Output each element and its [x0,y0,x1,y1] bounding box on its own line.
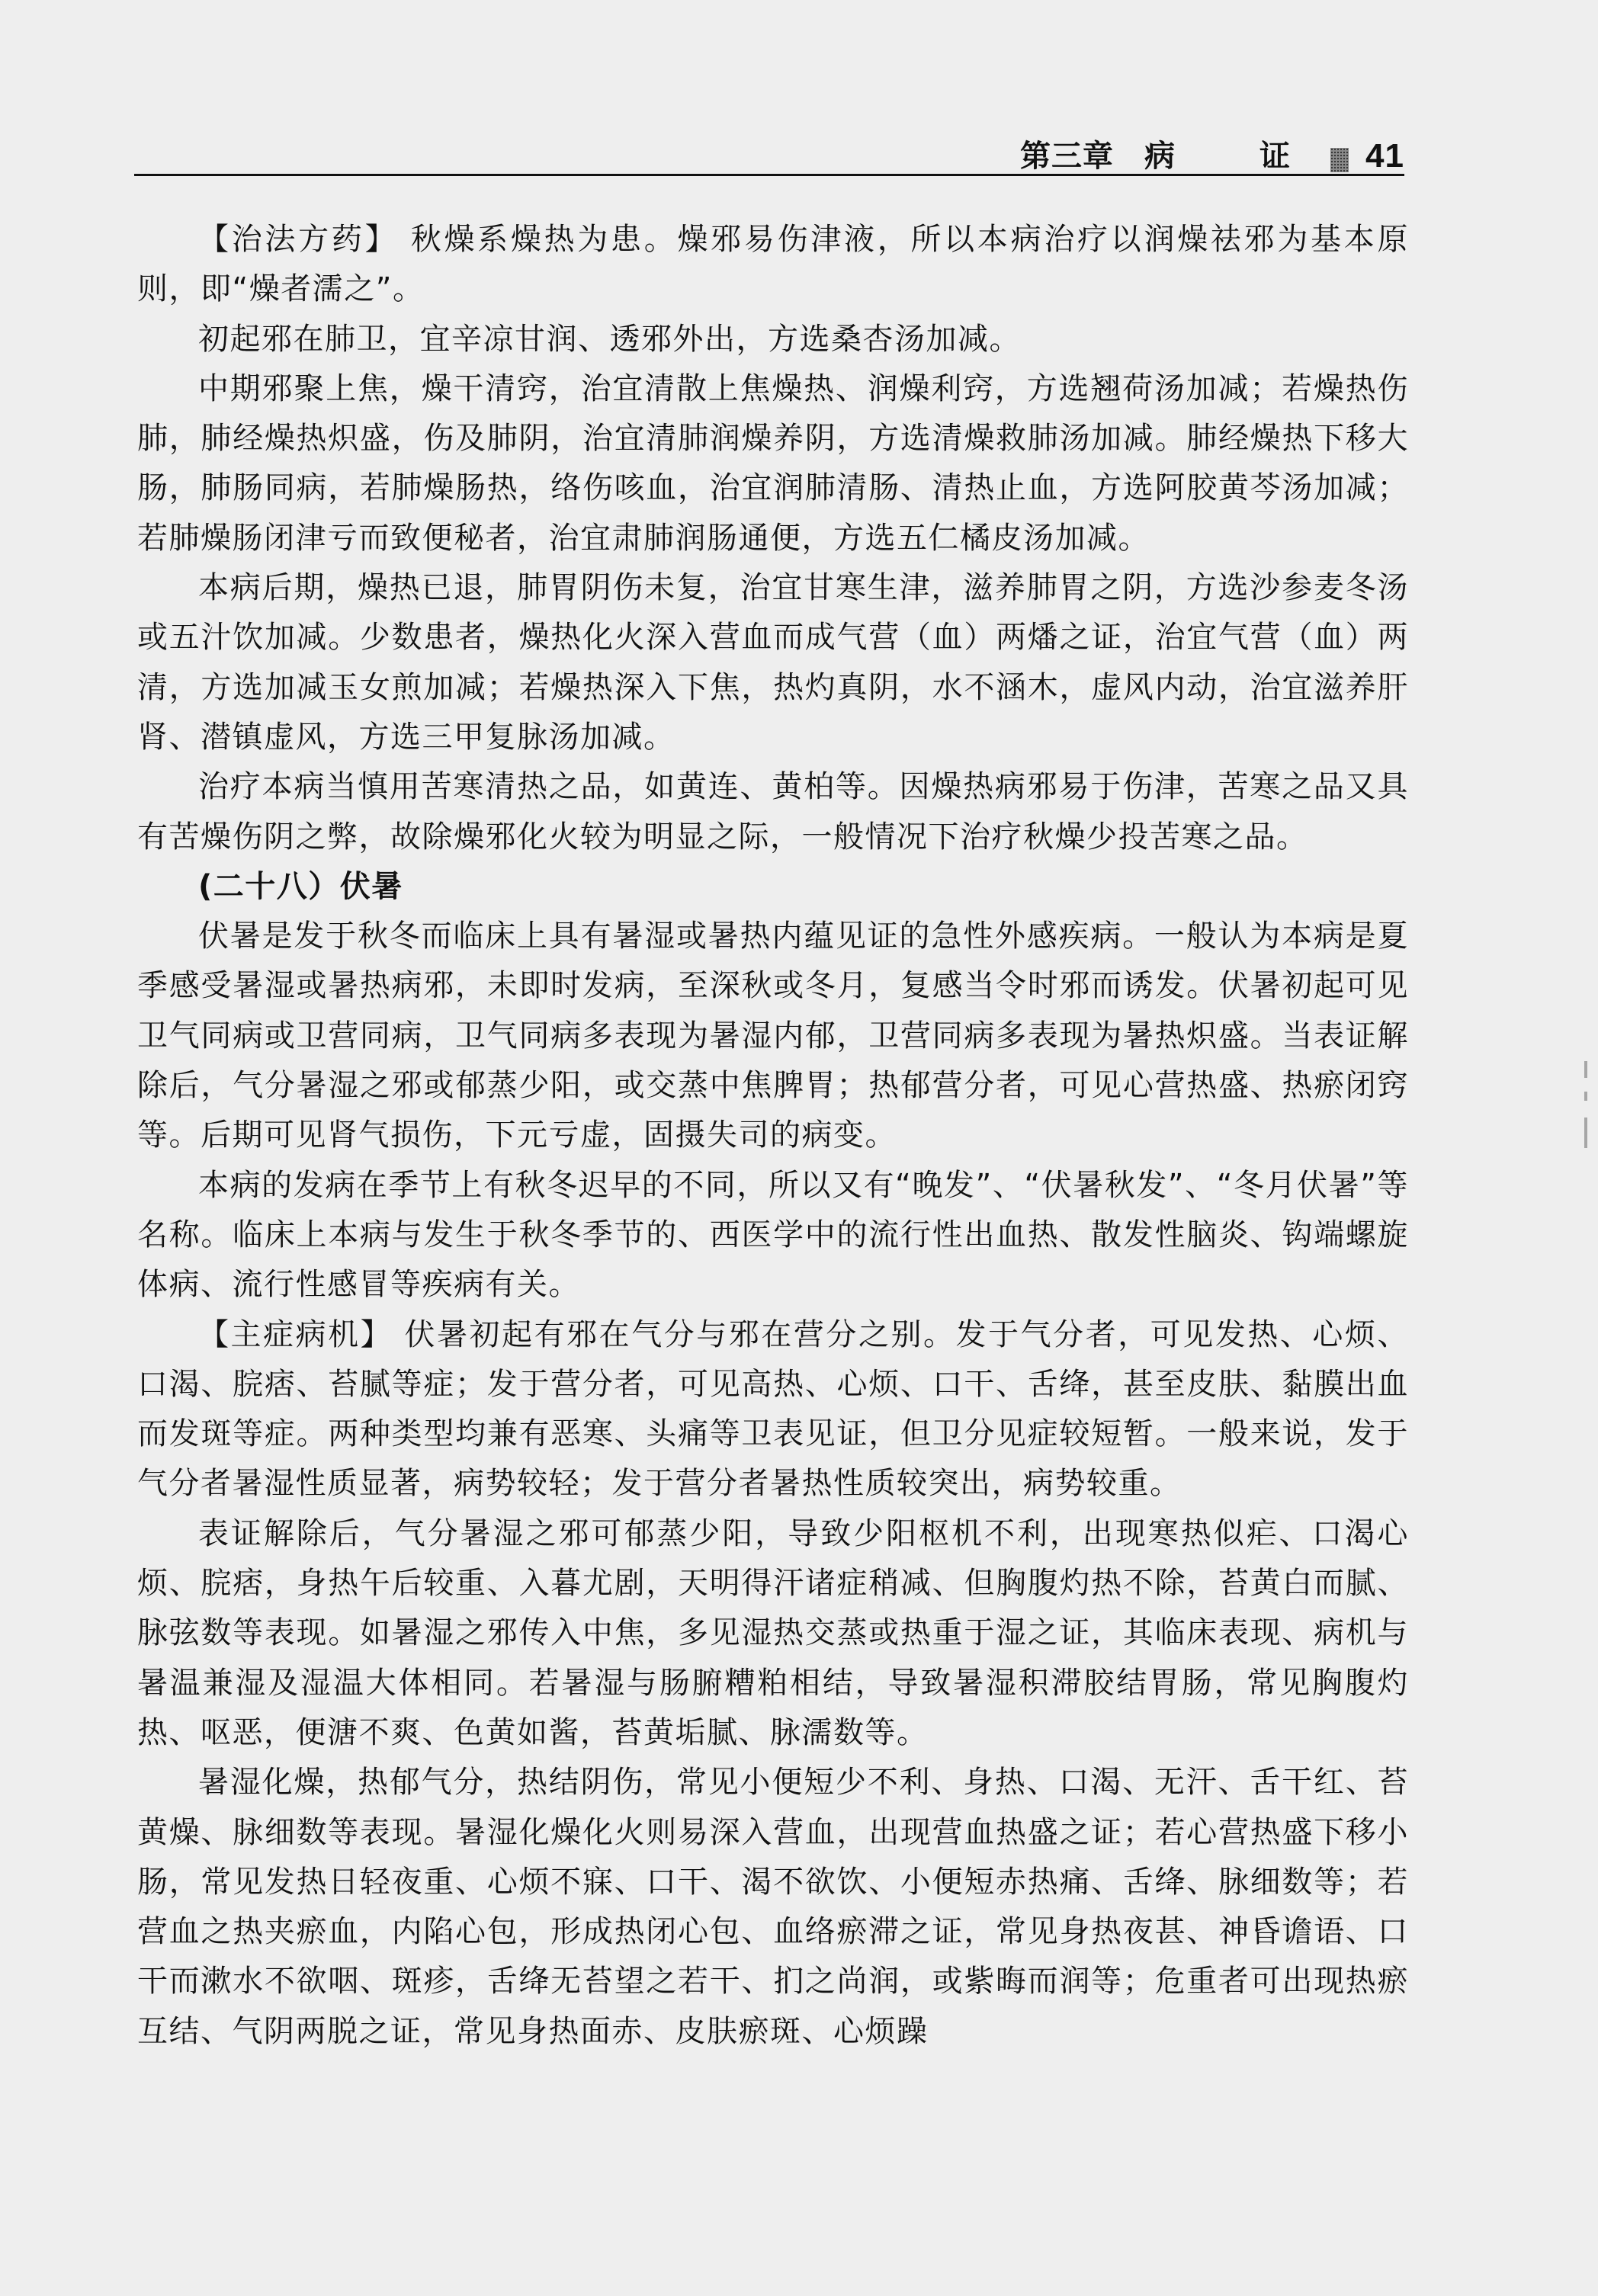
paragraph-text: 中期邪聚上焦，燥干清窍，治宜清散上焦燥热、润燥利窍，方选翘荷汤加减；若燥热伤肺，… [137,371,1409,556]
paragraph: 表证解除后，气分暑湿之邪可郁蒸少阳，导致少阳枢机不利，出现寒热似疟、口渴心烦、脘… [137,1509,1409,1758]
paragraph-text: 初起邪在肺卫，宜辛凉甘润、透邪外出，方选桑杏汤加减。 [198,322,1021,357]
section-heading: (二十八）伏暑 [137,862,1409,912]
scan-artifact [1584,1118,1587,1148]
paragraph: 【主症病机】 伏暑初起有邪在气分与邪在营分之别。发于气分者，可见发热、心烦、口渴… [137,1310,1409,1509]
header-title-word: 证 [1259,132,1291,175]
header-marker-icon [1330,148,1349,172]
paragraph: 中期邪聚上焦，燥干清窍，治宜清散上焦燥热、润燥利窍，方选翘荷汤加减；若燥热伤肺，… [137,364,1409,563]
paragraph: 初起邪在肺卫，宜辛凉甘润、透邪外出，方选桑杏汤加减。 [137,315,1409,364]
body-text: 【治法方药】 秋燥系燥热为患。燥邪易伤津液，所以本病治疗以润燥祛邪为基本原则，即… [137,215,1409,2057]
paragraph-text: 本病后期，燥热已退，肺胃阴伤未复，治宜甘寒生津，滋养肺胃之阴，方选沙参麦冬汤或五… [137,570,1409,755]
paragraph-label: 【治法方药】 [198,222,398,257]
book-page: 第三章 病 证 41 【治法方药】 秋燥系燥热为患。燥邪易伤津液，所以本病治疗以… [0,0,1598,2296]
paragraph-text: 本病的发病在季节上有秋冬迟早的不同，所以又有“晚发”、“伏暑秋发”、“冬月伏暑”… [137,1168,1409,1303]
paragraph: 暑湿化燥，热郁气分，热结阴伤，常见小便短少不利、身热、口渴、无汗、舌干红、苔黄燥… [137,1758,1409,2057]
header-title-word: 病 [1144,132,1176,175]
paragraph: 伏暑是发于秋冬而临床上具有暑湿或暑热内蕴见证的急性外感疾病。一般认为本病是夏季感… [137,912,1409,1160]
paragraph-label: 【主症病机】 [198,1317,393,1352]
header-chapter: 第三章 [1020,132,1114,175]
paragraph-text: 暑湿化燥，热郁气分，热结阴伤，常见小便短少不利、身热、口渴、无汗、舌干红、苔黄燥… [137,1765,1409,2048]
scan-artifact [1584,1061,1587,1078]
paragraph: 治疗本病当慎用苦寒清热之品，如黄连、黄柏等。因燥热病邪易于伤津，苦寒之品又具有苦… [137,762,1409,862]
page-number: 41 [1365,137,1404,175]
paragraph: 本病后期，燥热已退，肺胃阴伤未复，治宜甘寒生津，滋养肺胃之阴，方选沙参麦冬汤或五… [137,563,1409,762]
paragraph-text: 表证解除后，气分暑湿之邪可郁蒸少阳，导致少阳枢机不利，出现寒热似疟、口渴心烦、脘… [137,1516,1409,1750]
paragraph-text: 伏暑是发于秋冬而临床上具有暑湿或暑热内蕴见证的急性外感疾病。一般认为本病是夏季感… [137,919,1409,1153]
paragraph-text: 治疗本病当慎用苦寒清热之品，如黄连、黄柏等。因燥热病邪易于伤津，苦寒之品又具有苦… [137,769,1409,854]
paragraph: 【治法方药】 秋燥系燥热为患。燥邪易伤津液，所以本病治疗以润燥祛邪为基本原则，即… [137,215,1409,315]
paragraph: 本病的发病在季节上有秋冬迟早的不同，所以又有“晚发”、“伏暑秋发”、“冬月伏暑”… [137,1161,1409,1310]
header-rule [134,174,1404,176]
running-header: 第三章 病 证 41 [134,128,1404,175]
scan-artifact [1584,1092,1587,1101]
header-text: 第三章 病 证 41 [1020,128,1404,175]
